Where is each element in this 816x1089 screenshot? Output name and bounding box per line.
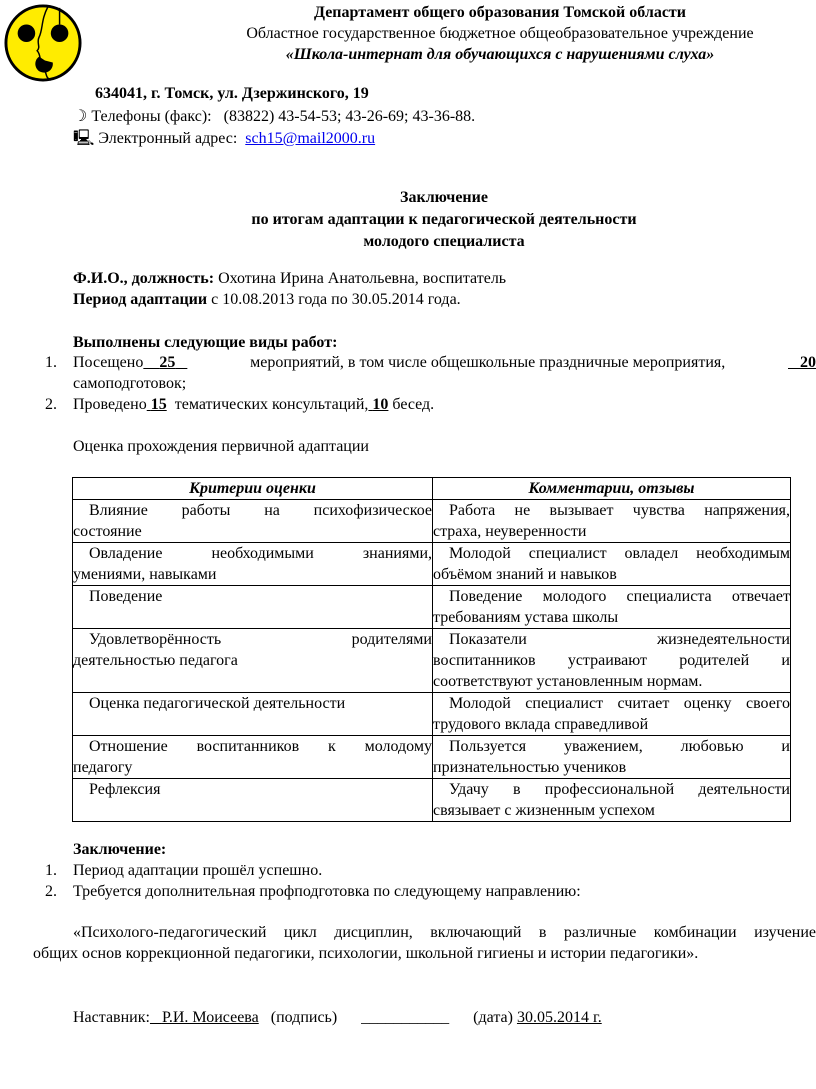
work-heading: Выполнены следующие виды работ:	[73, 334, 337, 352]
direction-line-2: общих основ коррекционной педагогики, пс…	[33, 945, 698, 963]
email-link[interactable]: sch15@mail2000.ru	[245, 130, 375, 147]
comment-cell: Работа не вызывает чувства напряжения,ст…	[433, 500, 791, 543]
doc-subtitle-2: молодого специалиста	[0, 231, 816, 253]
criterion-cell: Влияние работы на психофизическоесостоян…	[73, 500, 433, 543]
table-row: РефлексияУдачу в профессиональной деятел…	[73, 779, 791, 822]
phone-label: Телефоны (факс):	[91, 108, 211, 125]
table-row: Овладение необходимыми знаниями,умениями…	[73, 543, 791, 586]
comment-cell: Молодой специалист овладел необходимымоб…	[433, 543, 791, 586]
table-header-row: Критерии оценки Комментарии, отзывы	[73, 478, 791, 500]
comment-cell: Удачу в профессиональной деятельностисвя…	[433, 779, 791, 822]
date-value: 30.05.2014 г.	[517, 1009, 602, 1026]
doc-subtitle-1: по итогам адаптации к педагогической дея…	[0, 209, 816, 231]
phone-numbers: (83822) 43-54-53; 43-26-69; 43-36-88.	[224, 108, 476, 125]
doc-title: Заключение	[0, 187, 816, 209]
criterion-cell: Удовлетворённость родителямидеятельность…	[73, 629, 433, 693]
computer-icon: 🖳	[73, 130, 94, 147]
signature-label: (подпись)	[271, 1009, 337, 1026]
table-row: ПоведениеПоведение молодого специалиста …	[73, 586, 791, 629]
department-name: Департамент общего образования Томской о…	[160, 2, 816, 23]
work-item-1: Посещено 25 мероприятий, в том числе общ…	[73, 354, 816, 372]
email-line: 🖳 Электронный адрес: sch15@mail2000.ru	[73, 127, 375, 154]
column-header-comments: Комментарии, отзывы	[433, 478, 791, 500]
comment-cell: Пользуется уважением, любовью ипризнател…	[433, 736, 791, 779]
criterion-cell: Рефлексия	[73, 779, 433, 822]
assessment-table: Критерии оценки Комментарии, отзывы Влия…	[72, 477, 791, 822]
period-label: Период адаптации	[73, 291, 207, 308]
work-item-1-num: 1.	[45, 354, 57, 372]
signature-blank[interactable]: ___________	[361, 1009, 449, 1026]
fio-label: Ф.И.О., должность:	[73, 270, 214, 287]
date-label: (дата)	[473, 1009, 513, 1026]
fio-value: Охотина Ирина Анатольевна, воспитатель	[218, 270, 506, 287]
work-item-1-cont: самоподготовок;	[73, 375, 186, 393]
signature-line: Наставник: Р.И. Моисеева (подпись) _____…	[73, 1009, 602, 1027]
comment-cell: Молодой специалист считает оценку своего…	[433, 693, 791, 736]
talks-count: 10	[368, 396, 388, 413]
phone-icon: ☽	[73, 108, 87, 125]
conclusion-heading: Заключение:	[73, 841, 166, 859]
table-row: Оценка педагогической деятельностиМолодо…	[73, 693, 791, 736]
address: 634041, г. Томск, ул. Дзержинского, 19	[95, 85, 369, 103]
table-row: Отношение воспитанников к молодомупедаго…	[73, 736, 791, 779]
work-item-1-text: мероприятий, в том числе общешкольные пр…	[250, 354, 725, 372]
self-study-count: 20	[788, 354, 816, 372]
deaf-school-emblem-icon	[4, 0, 82, 84]
mentor-label: Наставник:	[73, 1009, 150, 1026]
phone-line: ☽ Телефоны (факс): (83822) 43-54-53; 43-…	[73, 106, 475, 126]
conclusion-item-2: Требуется дополнительная профподготовка …	[73, 883, 581, 901]
comment-cell: Поведение молодого специалиста отвечаетт…	[433, 586, 791, 629]
table-row: Влияние работы на психофизическоесостоян…	[73, 500, 791, 543]
conclusion-item-2-num: 2.	[45, 883, 57, 901]
events-count: 25	[143, 354, 187, 371]
fio-line: Ф.И.О., должность: Охотина Ирина Анатоль…	[73, 270, 506, 288]
email-label: Электронный адрес:	[98, 130, 237, 147]
assessment-heading: Оценка прохождения первичной адаптации	[73, 438, 369, 456]
comment-cell: Показатели жизнедеятельностивоспитаннико…	[433, 629, 791, 693]
period-line: Период адаптации с 10.08.2013 года по 30…	[73, 291, 461, 309]
mentor-name: Р.И. Моисеева	[150, 1009, 259, 1026]
criterion-cell: Поведение	[73, 586, 433, 629]
conclusion-item-1-num: 1.	[45, 862, 57, 880]
period-value: с 10.08.2013 года по 30.05.2014 года.	[211, 291, 461, 308]
table-row: Удовлетворённость родителямидеятельность…	[73, 629, 791, 693]
criterion-cell: Овладение необходимыми знаниями,умениями…	[73, 543, 433, 586]
work-item-2-num: 2.	[45, 396, 57, 414]
column-header-criteria: Критерии оценки	[73, 478, 433, 500]
criterion-cell: Оценка педагогической деятельности	[73, 693, 433, 736]
school-name: «Школа-интернат для обучающихся с наруше…	[160, 44, 816, 65]
consultations-count: 15	[147, 396, 167, 413]
criterion-cell: Отношение воспитанников к молодомупедаго…	[73, 736, 433, 779]
conclusion-item-1: Период адаптации прошёл успешно.	[73, 862, 322, 880]
direction-line-1: «Психолого-педагогический цикл дисциплин…	[33, 924, 816, 942]
institution-name: Областное государственное бюджетное обще…	[160, 23, 816, 44]
work-item-2: Проведено 15 тематических консультаций, …	[73, 396, 434, 414]
